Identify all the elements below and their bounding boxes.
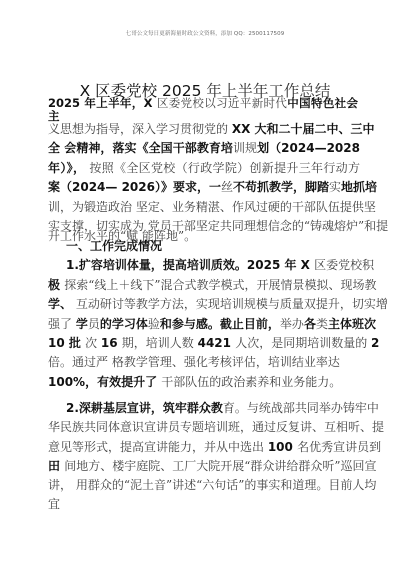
text-line: 极 探索“线上＋线下”混合式教学模式，开展情景模拟、现场教 (48, 276, 360, 295)
document-page: 七哥公文每日更新海量时政公文资料，添加 QQ：2500117509 X 区委党校… (0, 0, 410, 580)
text-line: 年）》， 按照《全区党校（行政学院）创新提升三年行动方 (48, 159, 360, 178)
text-line: 学、 互动研讨等教学方法，实现培训规模与质量双提升，切实增 (48, 295, 360, 314)
text-line: 10 批 次 16 期，培训人数 4421 人次，是同期培训数量的 2 (48, 334, 360, 353)
text-run: 类 (316, 317, 328, 331)
bold-text-run: 全 会精神，落实《全国干部教育培 (48, 141, 233, 155)
watermark-header: 七哥公文每日更新海量时政公文资料，添加 QQ：2500117509 (0, 29, 410, 37)
text-run: 人次，是同期培训数量的 (235, 336, 371, 350)
bold-text-run: 体 (136, 317, 148, 331)
text-run: 期，培训人数 (122, 336, 198, 350)
text-run: 训，为锻造政治 坚定、业务精湛、作风过硬的干部队伍提供坚 (48, 200, 376, 214)
bold-text-run: X (144, 96, 157, 110)
bold-text-run: 16 (101, 336, 122, 350)
bold-text-run: 中国特色社会 (287, 96, 358, 110)
bold-text-run: 100 (268, 440, 297, 454)
text-run: 实 (329, 180, 341, 194)
bold-text-run: 2025 年 X (247, 258, 314, 272)
text-run: 强了 (48, 317, 76, 331)
text-run: 干部队伍的政治素养和业务能力。 (161, 375, 341, 389)
bold-text-run: 的学习 (100, 317, 136, 331)
bold-text-run: 学 (76, 317, 88, 331)
bold-text-run: 年）》， (48, 161, 85, 175)
bold-text-run: 地抓培 (341, 180, 377, 194)
text-line: 1.扩容培训体量，提高培训质效。2025 年 X 区委党校积 (66, 256, 360, 275)
text-run: 倍。通过严 格教学管理、强化考核评估，培训结业率达 (48, 355, 340, 369)
text-run: 互动研讨等教学方法，实现培训规模与质量双提升，切实增 (72, 297, 388, 311)
text-line: 训，为锻造政治 坚定、业务精湛、作风过硬的干部队伍提供坚 (48, 198, 360, 217)
text-line: 全 会精神，落实《全国干部教育培训规划（2024—2028 (48, 139, 360, 158)
text-run: 丝 (221, 180, 233, 194)
bold-text-run: 1.扩容培训体量，提高培训质效。 (66, 258, 247, 272)
text-run: 间地方、楼宇庭院、工厂大院开展“群众讲给群众听”巡回宣 (64, 459, 376, 473)
text-run: 按照《全区党校（行政学院）创新提升三年行动方 (85, 161, 360, 175)
text-line: 田 间地方、楼宇庭院、工厂大院开展“群众讲给群众听”巡回宣 (48, 457, 360, 476)
text-run: 举办 (280, 317, 304, 331)
text-line: 2025 年上半年，X 区委党校以习近平新时代中国特色社会 (48, 97, 358, 110)
section-heading: 一、工作完成情况 (66, 237, 378, 256)
bold-text-run: 主体班次 (328, 317, 376, 331)
text-line: 2.深耕基层宣讲，筑牢群众教育。与统战部共同举办铸牢中 (66, 399, 360, 418)
text-run: 名优秀宣讲员到 (297, 440, 381, 454)
text-run: 讲， 用群众的“泥土音”讲述“六句话”的事实和道理。目前人均 (48, 478, 376, 492)
bold-text-run: 2025 年上半年， (48, 96, 144, 110)
text-run: 训规 (233, 141, 257, 155)
text-run: 育。与统战部共同举办铸牢中 (223, 401, 379, 415)
bold-text-run: 划（2024—2028 (257, 141, 360, 155)
text-line: 倍。通过严 格教学管理、强化考核评估，培训结业率达 (48, 353, 338, 372)
text-run: 员 (88, 317, 100, 331)
bold-text-run: 10 批 (48, 336, 85, 350)
bold-text-run: 和参与感。截止目前， (160, 317, 280, 331)
bold-text-run: 学、 (48, 297, 72, 311)
text-run: 次 (85, 336, 101, 350)
text-line: 华民族共同体意识宣讲员专题培训班，通过反复讲、互相听、提 (48, 418, 360, 437)
text-line: 意见等形式，提高宣讲能力，并从中选出 100 名优秀宣讲员到 (48, 438, 360, 457)
bold-text-run: 田 (48, 459, 64, 473)
bold-text-run: 案（2024— 2026）》要求，一 (48, 180, 221, 194)
text-line: 宜 (48, 495, 360, 514)
text-run: 验 (148, 317, 160, 331)
bold-text-run: 各 (304, 317, 316, 331)
bold-text-run: 100%，有效提升了 (48, 375, 161, 389)
text-run: 区委党校以习近平新时代 (157, 96, 287, 110)
bold-text-run: 2 (371, 336, 379, 350)
text-line: 强了 学员的学习体验和参与感。截止目前，举办各类主体班次 (48, 315, 360, 334)
bold-text-run: 极 (48, 278, 64, 292)
text-run: 探索“线上＋线下”混合式教学模式，开展情景模拟、现场教 (64, 278, 376, 292)
text-run: 区委党校积 (314, 258, 374, 272)
text-line: 案（2024— 2026）》要求，一丝不苟抓教学，脚踏实地抓培 (48, 178, 360, 197)
text-line: 义思想为指导，深入学习贯彻党的 XX 大和二十届二中、三中 (48, 120, 360, 139)
text-line: 讲， 用群众的“泥土音”讲述“六句话”的事实和道理。目前人均 (48, 476, 360, 495)
text-line: 100%，有效提升了 干部队伍的政治素养和业务能力。 (48, 373, 360, 392)
bold-text-run: 4421 (198, 336, 236, 350)
text-run: 华民族共同体意识宣讲员专题培训班，通过反复讲、互相听、提 (48, 420, 384, 434)
text-run: 宜 (48, 497, 60, 511)
bold-text-run: 不苟抓教学，脚踏 (233, 180, 329, 194)
bold-text-run: 2.深耕基层宣讲，筑牢群众教 (66, 401, 223, 415)
text-run: 意见等形式，提高宣讲能力，并从中选出 (48, 440, 268, 454)
bold-text-run: XX 大和二十届二中、三中 (232, 122, 375, 136)
text-run: 义思想为指导，深入学习贯彻党的 (48, 122, 232, 136)
